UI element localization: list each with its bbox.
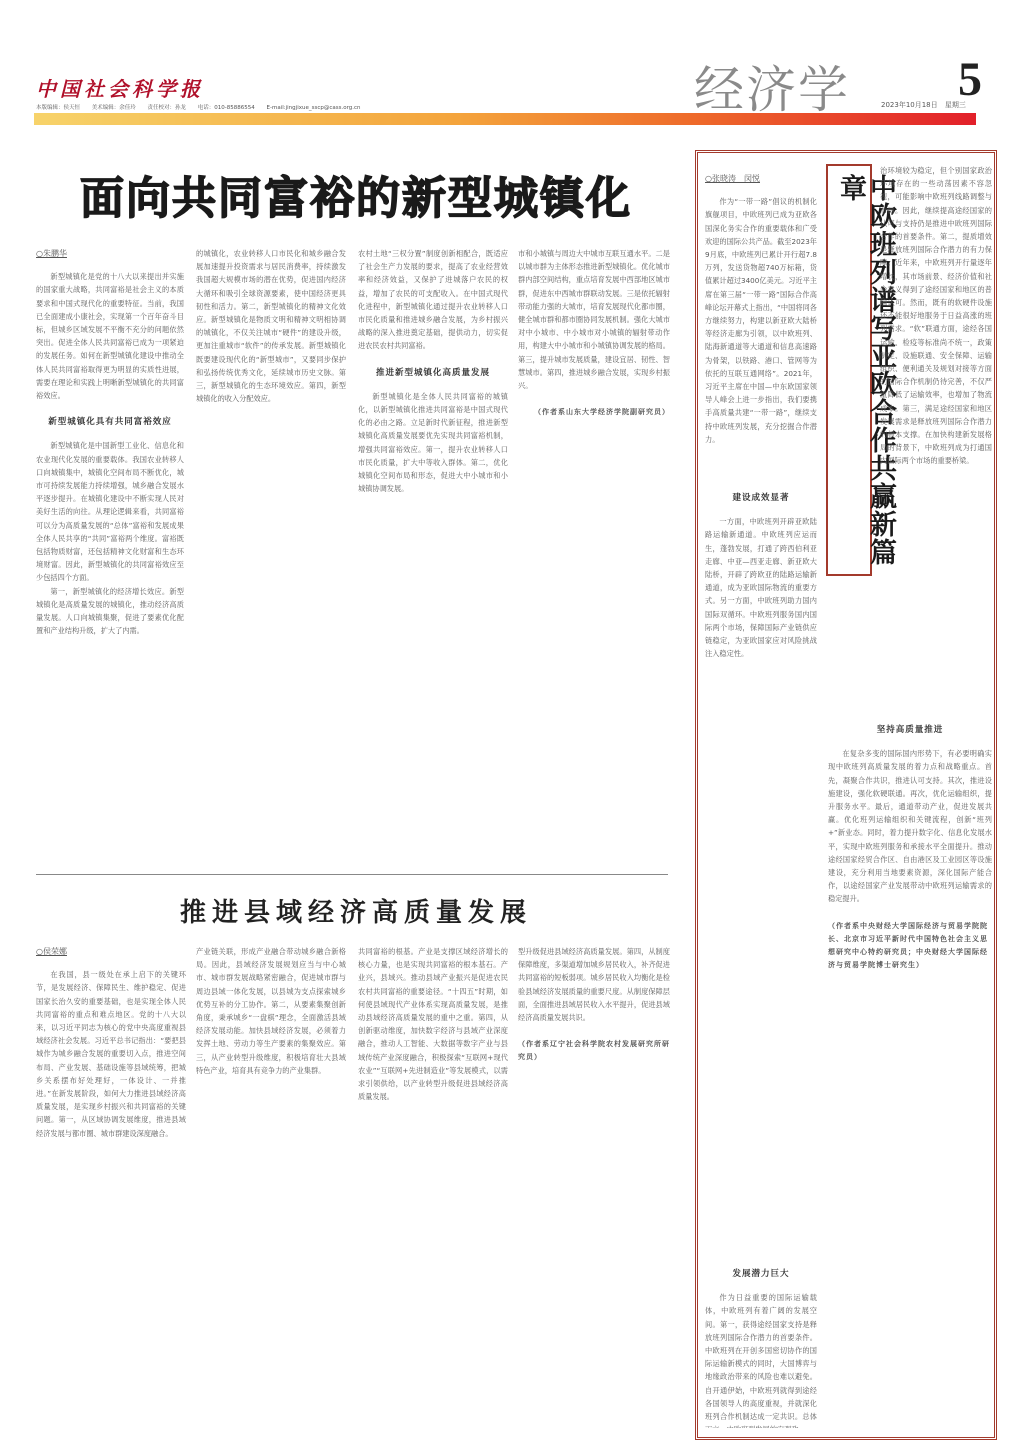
article2-headline: 推进县域经济高质量发展	[36, 892, 676, 929]
article3-headline-box: 中欧班列谱写亚欧合作共赢新篇章	[826, 164, 872, 576]
article1-subhead-2: 推进新型城镇化高质量发展	[358, 367, 508, 380]
editor-credits: 本版编辑：侯天恒 美术编辑：余佳玲 责任校对：孙龙 电话：010-8588655…	[36, 103, 371, 111]
article2-column-2: 产业链关联，形成产业融合带动城乡融合新格局。因此，县域经济发展规划应当与中心城市…	[196, 945, 346, 1435]
newspaper-logo: 中国社会科学报	[36, 73, 204, 102]
article3-intro: 作为“一带一路”倡议的机制化旗舰项目，中欧班列已成为亚欧各国深化务实合作的重要载…	[705, 195, 817, 446]
article1-column-2: 的城镇化，农业转移人口市民化和城乡融合发展加速提升投资需求与居民消费率，持续激发…	[196, 247, 346, 867]
article2-col4-text: 型升级促进县域经济高质量发展。第四，从制度保障维度，多渠道增加城乡居民收入，补齐…	[518, 945, 670, 1024]
article2-col3-text: 共同富裕的根基。产业是支撑区域经济增长的核心力量，也是实现共同富裕的根本基石。产…	[358, 945, 508, 1103]
masthead: 中国社会科学报 本版编辑：侯天恒 美术编辑：余佳玲 责任校对：孙龙 电话：010…	[0, 0, 1024, 130]
article3-subhead-3: 坚持高质量推进	[828, 724, 992, 737]
publication-date: 2023年10月18日 星期三	[876, 100, 966, 110]
article1-headline: 面向共同富裕的新型城镇化	[36, 162, 676, 226]
article2-column-1: ○侯荣娜 在我国，县一级处在承上启下的关键环节，是发展经济、保障民生、维护稳定、…	[36, 945, 186, 1435]
article3-author-note: （作者系中央财经大学国际经济与贸易学院院长、北京市习近平新时代中国特色社会主义思…	[828, 920, 992, 973]
article2-author-note: （作者系辽宁社会科学院农村发展研究所研究员）	[518, 1038, 670, 1064]
article3-col1-end: 作为日益重要的国际运输载体，中欧班列有着广阔的发展空间。第一，获得途经国家支持是…	[705, 1291, 817, 1428]
article3-column-1-bottom: 发展潜力巨大 作为日益重要的国际运输载体，中欧班列有着广阔的发展空间。第一，获得…	[705, 1268, 817, 1428]
article-divider	[36, 874, 668, 875]
section-title: 经济学	[694, 50, 850, 122]
date: 2023年10月18日	[881, 101, 938, 109]
article3-column-1-mid: 建设成效显著 一方面，中欧班列开辟亚欧陆路运输新通道。中欧班列应运而生，蓬勃发展…	[705, 492, 817, 1262]
article1-subhead-1: 新型城镇化具有共同富裕效应	[36, 416, 184, 429]
article1-column-3: 农村土地“三权分置”制度创新相配合，既适应了社会生产力发展的要求，提高了农业经营…	[358, 247, 508, 867]
article1-col2-text: 的城镇化，农业转移人口市民化和城乡融合发展加速提升投资需求与居民消费率，持续激发…	[196, 247, 346, 405]
article1-para-1: 新型城镇化是中国新型工业化、信息化和农业现代化发展的重要载体。我国农业转移人口向…	[36, 439, 184, 584]
article1-column-4: 市和小城镇与周边大中城市互联互通水平。二是以城市群为主体形态推进新型城镇化。优化…	[518, 247, 670, 867]
article3-col1-body: 一方面，中欧班列开辟亚欧陆路运输新通道。中欧班列应运而生，蓬勃发展，打通了跨西伯…	[705, 515, 817, 660]
article1-col3-top: 农村土地“三权分置”制度创新相配合，既适应了社会生产力发展的要求，提高了农业经营…	[358, 247, 508, 353]
credit-proofreader: 责任校对：孙龙	[148, 105, 187, 111]
article1-col3-bottom: 新型城镇化是全体人民共同富裕的城镇化，以新型城镇化推进共同富裕是中国式现代化的必…	[358, 390, 508, 496]
article2-col1-text: 在我国，县一级处在承上启下的关键环节，是发展经济、保障民生、维护稳定、促进国家长…	[36, 968, 186, 1140]
article1-intro: 新型城镇化是党的十八大以来提出并实施的国家重大战略，共同富裕是社会主义的本质要求…	[36, 270, 184, 402]
credit-art-editor: 美术编辑：余佳玲	[92, 105, 136, 111]
article3-column-1-top: ○张晓涛 闵悦 作为“一带一路”倡议的机制化旗舰项目，中欧班列已成为亚欧各国深化…	[705, 172, 817, 490]
article2-byline: ○侯荣娜	[36, 945, 186, 958]
article1-author-note: （作者系山东大学经济学院副研究员）	[518, 406, 670, 419]
article1-column-1: ○朱鹏华 新型城镇化是党的十八大以来提出并实施的国家重大战略，共同富裕是社会主义…	[36, 247, 184, 867]
article3-byline: ○张晓涛 闵悦	[705, 172, 817, 185]
article1-para-2: 第一，新型城镇化的经济增长效应。新型城镇化是高质量发展的城镇化，推动经济高质量发…	[36, 585, 184, 638]
article2-column-4: 型升级促进县域经济高质量发展。第四，从制度保障维度，多渠道增加城乡居民收入，补齐…	[518, 945, 670, 1435]
credit-editor: 本版编辑：侯天恒	[36, 105, 80, 111]
credit-email: E-mail:jingjixue_sscp@cass.org.cn	[267, 105, 361, 111]
masthead-color-bar	[34, 113, 976, 125]
article2-column-3: 共同富裕的根基。产业是支撑区域经济增长的核心力量，也是实现共同富裕的根本基石。产…	[358, 945, 508, 1435]
weekday: 星期三	[945, 101, 966, 109]
article3-col2-bottom: 在复杂多变的国际国内形势下，有必要明确实现中欧班列高质量发展的着力点和战略重点。…	[828, 747, 992, 905]
article1-col4-text: 市和小城镇与周边大中城市互联互通水平。二是以城市群为主体形态推进新型城镇化。优化…	[518, 247, 670, 392]
article2-col2-text: 产业链关联，形成产业融合带动城乡融合新格局。因此，县域经济发展规划应当与中心城市…	[196, 945, 346, 1077]
article3-column-2-bottom: 坚持高质量推进 在复杂多变的国际国内形势下，有必要明确实现中欧班列高质量发展的着…	[828, 724, 992, 1434]
article1-byline: ○朱鹏华	[36, 247, 184, 260]
article3-column-3-top: 治环境较为稳定，但个别国家政治环境存在的一些动荡因素不容忽视，可能影响中欧班列线…	[880, 164, 992, 724]
article3-col2-top: 治环境较为稳定，但个别国家政治环境存在的一些动荡因素不容忽视，可能影响中欧班列线…	[880, 164, 992, 468]
article3-subhead-1: 建设成效显著	[705, 492, 817, 505]
credit-phone: 电话：010-85886554	[198, 105, 255, 111]
page-number: 5	[958, 52, 982, 107]
article3-subhead-2: 发展潜力巨大	[705, 1268, 817, 1281]
